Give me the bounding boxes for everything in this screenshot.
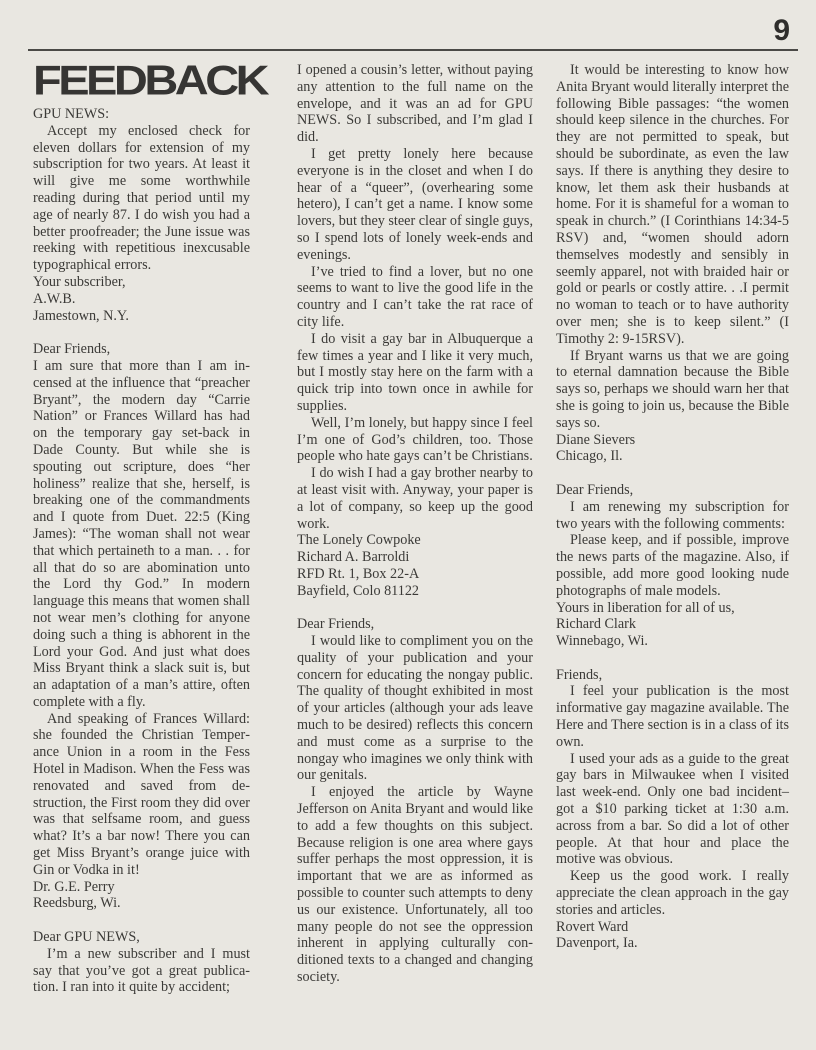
letter-signature: The Lonely Cowpoke	[297, 532, 533, 549]
letter-salutation: Friends,	[556, 667, 789, 684]
letter-paragraph: I’m a new subscriber and I must say that…	[33, 946, 250, 996]
column-1: GPU NEWS: Accept my enclosed check for e…	[33, 106, 250, 996]
letter-paragraph: I am sure that more than I am in­censed …	[33, 358, 250, 711]
letter-paragraph: Keep us the good work. I really apprecia…	[556, 868, 789, 918]
letter-location: Reedsburg, Wi.	[33, 895, 250, 912]
letter-paragraph: I opened a cousin’s letter, without payi…	[297, 62, 533, 146]
letter-separator	[297, 600, 533, 617]
letter-signature: Dr. G.E. Perry	[33, 879, 250, 896]
letter-paragraph: I do wish I had a gay brother near­by to…	[297, 465, 533, 532]
letter-paragraph: I used your ads as a guide to the great …	[556, 751, 789, 869]
letter-salutation: GPU NEWS:	[33, 106, 250, 123]
letter-separator	[33, 912, 250, 929]
letter-paragraph: I would like to compliment you on the qu…	[297, 633, 533, 784]
letter-salutation: Dear GPU NEWS,	[33, 929, 250, 946]
column-3: It would be interesting to know how Anit…	[556, 62, 789, 952]
letter-location: Davenport, Ia.	[556, 935, 789, 952]
letter-salutation: Dear Friends,	[33, 341, 250, 358]
letter-paragraph: Accept my enclosed check for eleven doll…	[33, 123, 250, 274]
letter-signature: Diane Sievers	[556, 432, 789, 449]
letter-paragraph: I’ve tried to find a lover, but no one s…	[297, 264, 533, 331]
letter-paragraph: It would be interesting to know how Anit…	[556, 62, 789, 348]
letter-salutation: Dear Friends,	[556, 482, 789, 499]
letter-paragraph: I enjoyed the article by Wayne Jefferson…	[297, 784, 533, 986]
letter-paragraph: Please keep, and if possible, im­prove t…	[556, 532, 789, 599]
letter-paragraph: I feel your publication is the most info…	[556, 683, 789, 750]
letter-paragraph: I get pretty lonely here because everyon…	[297, 146, 533, 264]
letter-address: RFD Rt. 1, Box 22-A	[297, 566, 533, 583]
letter-signature: Richard Clark	[556, 616, 789, 633]
letter-separator	[556, 650, 789, 667]
letter-paragraph: And speaking of Frances Willard: she fou…	[33, 711, 250, 879]
letter-closing: Your subscriber,	[33, 274, 250, 291]
section-title: FEEDBACK	[33, 60, 265, 100]
letter-location: Winnebago, Wi.	[556, 633, 789, 650]
letter-location: Chicago, Il.	[556, 448, 789, 465]
letter-signature: Richard A. Barroldi	[297, 549, 533, 566]
letter-paragraph: I do visit a gay bar in Albuquer­que a f…	[297, 331, 533, 415]
letter-location: Jamestown, N.Y.	[33, 308, 250, 325]
letter-location: Bayfield, Colo 81122	[297, 583, 533, 600]
letter-signature: A.W.B.	[33, 291, 250, 308]
column-2: I opened a cousin’s letter, without payi…	[297, 62, 533, 986]
letter-salutation: Dear Friends,	[297, 616, 533, 633]
page-number: 9	[773, 14, 790, 48]
letter-separator	[556, 465, 789, 482]
letter-paragraph: I am renewing my subscription for two ye…	[556, 499, 789, 533]
header-rule	[28, 49, 798, 51]
letter-separator	[33, 324, 250, 341]
letter-paragraph: If Bryant warns us that we are going to …	[556, 348, 789, 432]
letter-paragraph: Well, I’m lonely, but happy since I feel…	[297, 415, 533, 465]
letter-closing: Yours in liberation for all of us,	[556, 600, 789, 617]
letter-signature: Rovert Ward	[556, 919, 789, 936]
